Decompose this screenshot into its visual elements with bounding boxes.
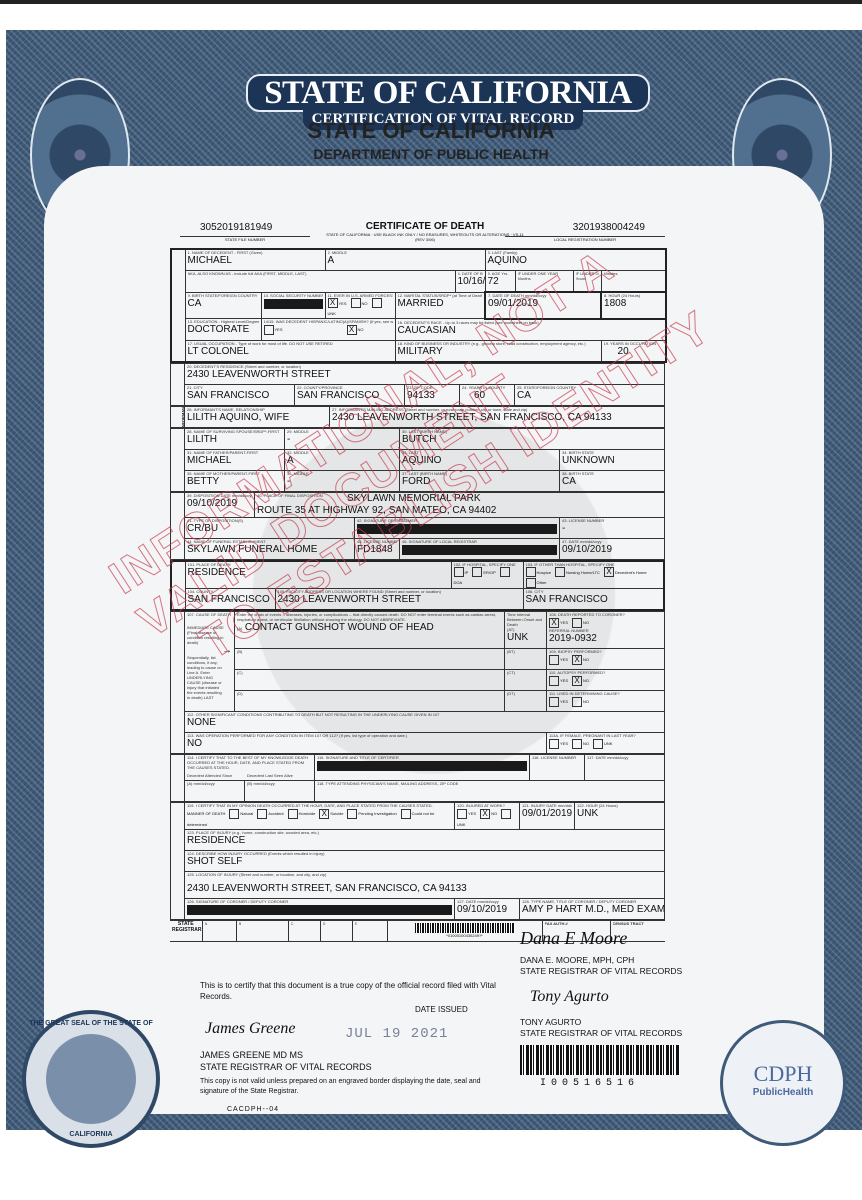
barcode-icon bbox=[415, 923, 515, 933]
field-injury-location: 125. LOCATION OF INJURY (Street and numb… bbox=[185, 871, 665, 898]
field-hispanic: 14/15. WAS DECEDENT HISPANIC/LATINO(A)/S… bbox=[261, 319, 395, 341]
form-code: CACDPH--04 bbox=[227, 1106, 279, 1113]
field-physician-certify: 114. I CERTIFY THAT TO THE BEST OF MY KN… bbox=[185, 754, 315, 780]
interval-d: (DT) bbox=[505, 690, 547, 711]
local-registration-number-label: LOCAL REGISTRATION NUMBER bbox=[505, 236, 665, 242]
field-minutes: Minutes bbox=[601, 271, 666, 293]
section-physician: PHYSICIAN'S CERTIFICATION bbox=[171, 754, 185, 801]
field-autopsy: 110. AUTOPSY PERFORMED?YESXNO bbox=[547, 669, 665, 690]
checkbox-no-checked[interactable]: X bbox=[572, 655, 582, 665]
redaction-bar bbox=[187, 905, 452, 915]
field-physician-license: 116. LICENSE NUMBER bbox=[530, 754, 585, 780]
banner-title: STATE OF CALIFORNIA bbox=[246, 74, 650, 112]
field-injured-at-work: 120. INJURED AT WORK?YESXNOUNK bbox=[455, 802, 520, 829]
field-funeral-home: 44. NAME OF FUNERAL ESTABLISHMENTSKYLAWN… bbox=[185, 538, 355, 559]
redaction-bar bbox=[264, 299, 323, 309]
certification-statement: This is to certify that this document is… bbox=[200, 980, 500, 1002]
serial-number: I00516516 bbox=[540, 1078, 639, 1089]
field-physician-name: 118. TYPE ATTENDING PHYSICIAN'S NAME, MA… bbox=[315, 780, 665, 801]
field-zip: 23. ZIP CODE94133 bbox=[405, 384, 460, 405]
field-coroner-signature: 126. SIGNATURE OF CORONER / DEPUTY CORON… bbox=[185, 898, 455, 919]
signature-moore: Dana E Moore bbox=[520, 928, 627, 949]
field-middle: 2. MIDDLEA bbox=[325, 249, 485, 271]
serial-barcode-icon bbox=[520, 1045, 680, 1075]
state-registrar-label: STATE REGISTRAR bbox=[170, 920, 202, 941]
checkbox-yes-checked[interactable]: X bbox=[549, 618, 559, 628]
field-biopsy: 109. BIOPSY PERFORMED?YESXNO bbox=[547, 648, 665, 669]
checkbox-undetermined[interactable] bbox=[401, 809, 411, 819]
registrar-col-c: C bbox=[288, 920, 320, 941]
field-armed-forces: 11. EVER IN U.S. ARMED FORCES?XYESNOUNK bbox=[325, 292, 395, 319]
section-cause-of-death: CAUSE OF DEATH bbox=[171, 611, 185, 753]
checkbox-yes[interactable] bbox=[457, 809, 467, 819]
interval-b: (BT) bbox=[505, 648, 547, 669]
signature-greene: James Greene bbox=[205, 1020, 295, 1038]
field-used-in-cause: 111. USED IN DETERMINING CAUSE?YESNO bbox=[547, 690, 665, 711]
checkbox-no-checked[interactable]: X bbox=[572, 676, 582, 686]
field-first-name: 1. NAME OF DECEDENT - FIRST (Given)MICHA… bbox=[185, 249, 325, 271]
field-place-of-death: 101. PLACE OF DEATHRESIDENCE bbox=[185, 561, 451, 589]
checkbox-no[interactable] bbox=[351, 298, 361, 308]
checkbox-pending[interactable] bbox=[347, 809, 357, 819]
checkbox-other[interactable] bbox=[526, 578, 536, 588]
registrar-col-b: B bbox=[236, 920, 288, 941]
validity-disclaimer: This copy is not valid unless prepared o… bbox=[200, 1077, 500, 1097]
field-state-country: 25. STATE/FOREIGN COUNTRYCA bbox=[515, 384, 665, 405]
section-informant: INFORMANT bbox=[171, 406, 185, 427]
field-local-registrar: 46. SIGNATURE OF LOCAL REGISTRAR bbox=[400, 538, 560, 559]
field-injury-hour: 122. HOUR (24 Hours)UNK bbox=[575, 802, 665, 829]
checkbox-no[interactable] bbox=[572, 739, 582, 749]
state-file-number-label: STATE FILE NUMBER bbox=[180, 236, 310, 242]
field-disposition-place: 40. PLACE OF FINAL DISPOSITIONSKYLAWN ME… bbox=[255, 492, 665, 517]
checkbox-yes[interactable] bbox=[549, 676, 559, 686]
redaction-bar bbox=[402, 545, 557, 555]
field-coroner-name: 128. TYPE NAME, TITLE OF CORONER / DEPUT… bbox=[520, 898, 665, 919]
field-years-occupation: 19. YEARS IN OCCUPATION20 bbox=[601, 340, 666, 362]
checkbox-no[interactable] bbox=[572, 697, 582, 707]
field-funeral-license: 45. LICENSE NUMBERFD1848 bbox=[355, 538, 400, 559]
field-father-last: 33. LASTAQUINO bbox=[400, 449, 560, 470]
field-informant-address: 27. INFORMANT'S MAILING ADDRESS (Street … bbox=[330, 406, 665, 427]
seal-minerva-icon bbox=[46, 1034, 136, 1124]
place-of-death-table: PLACE OF DEATH 101. PLACE OF DEATHRESIDE… bbox=[170, 560, 665, 611]
field-injury-date: 121. INJURY DATE mm/dd/ccyy09/01/2019 bbox=[520, 802, 575, 829]
checkbox-suicide-checked[interactable]: X bbox=[319, 809, 329, 819]
cause-instructions-left: 107. CAUSE OF DEATHIMMEDIATE CAUSE (Fina… bbox=[185, 611, 235, 711]
checkbox-yes[interactable] bbox=[549, 697, 559, 707]
field-spouse-first: 28. NAME OF SURVIVING SPOUSE/SRDP*-FIRST… bbox=[185, 428, 285, 449]
field-under-one-year: IF UNDER ONE YEARMonths bbox=[515, 271, 573, 293]
cause-line-d: (D) bbox=[235, 690, 505, 711]
field-disposition-date: 39. DISPOSITION DATE mm/dd/ccyy09/10/201… bbox=[185, 492, 255, 517]
field-death-city: 106. CITYSAN FRANCISCO bbox=[523, 588, 664, 610]
checkbox-decedents-home-checked[interactable]: X bbox=[604, 567, 614, 577]
field-occupation: 17. USUAL OCCUPATION - Type of work for … bbox=[185, 340, 395, 362]
scan-edge bbox=[0, 0, 862, 4]
checkbox-hospice[interactable] bbox=[526, 567, 536, 577]
field-mother-birth-state: 38. BIRTH STATECA bbox=[560, 470, 665, 491]
informant-table: INFORMANT 26. INFORMANT'S NAME, RELATION… bbox=[170, 406, 665, 428]
field-education: 13. EDUCATION - Highest Level/Degree (se… bbox=[185, 319, 261, 341]
field-mother-last: 37. LAST (BIRTH NAME)FORD bbox=[400, 470, 560, 491]
section-place-of-death: PLACE OF DEATH bbox=[171, 561, 185, 610]
section-residence: USUAL RESIDENCE bbox=[171, 363, 185, 405]
state-file-number: 3052019181949 bbox=[200, 222, 272, 233]
cdph-logo-icon: CDPH PublicHealth bbox=[720, 1020, 846, 1146]
field-certifier-signature: 115. SIGNATURE AND TITLE OF CERTIFIER bbox=[315, 754, 530, 780]
checkbox-ip[interactable] bbox=[454, 567, 464, 577]
signer-agurto: TONY AGURTOSTATE REGISTRAR OF VITAL RECO… bbox=[520, 1017, 682, 1039]
field-ssn: 10. SOCIAL SECURITY NUMBER bbox=[261, 292, 325, 319]
checkbox-natural[interactable] bbox=[229, 809, 239, 819]
checkbox-yes[interactable] bbox=[549, 739, 559, 749]
field-marital-status: 12. MARITAL STATUS/SRDP* (at Time of Dea… bbox=[395, 292, 485, 319]
field-father-middle: 32. MIDDLEA bbox=[285, 449, 400, 470]
local-registration-number: 3201938004249 bbox=[573, 222, 645, 233]
field-facility-address: 105. FACILITY ADDRESS OR LOCATION WHERE … bbox=[275, 588, 523, 610]
coroner-table: CORONER'S USE ONLY 119. I CERTIFY THAT I… bbox=[170, 802, 665, 920]
field-attended-since-date: (A) mm/dd/ccyy bbox=[185, 780, 245, 801]
checkbox-unk[interactable] bbox=[372, 298, 382, 308]
field-physician-date: 117. DATE mm/dd/ccyy bbox=[585, 754, 665, 780]
registrar-col-e: E bbox=[352, 920, 387, 941]
field-dob: 4. DATE OF BIRTH mm/dd/ccyy10/16/1946 bbox=[455, 271, 485, 293]
checkbox-homicide[interactable] bbox=[288, 809, 298, 819]
checkbox-nursing-home[interactable] bbox=[555, 567, 565, 577]
section-personal: DECEDENT'S PERSONAL DATA bbox=[171, 249, 185, 362]
field-registrar-date: 47. DATE mm/dd/ccyy09/10/2019 bbox=[560, 538, 665, 559]
checkbox-doa[interactable] bbox=[500, 567, 510, 577]
field-operation: 113. WAS OPERATION PERFORMED FOR ANY CON… bbox=[185, 732, 547, 753]
field-place-of-injury: 123. PLACE OF INJURY (e.g., home, constr… bbox=[185, 829, 665, 850]
checkbox-yes[interactable] bbox=[264, 325, 274, 335]
registrar-col-d: D bbox=[320, 920, 352, 941]
residence-table: USUAL RESIDENCE 20. DECEDENT'S RESIDENCE… bbox=[170, 363, 665, 406]
field-hour: 8. HOUR (24 Hours)1808 bbox=[601, 292, 666, 319]
section-coroner: CORONER'S USE ONLY bbox=[171, 802, 185, 919]
field-death-county: 104. COUNTYSAN FRANCISCO bbox=[185, 588, 275, 610]
field-birth-state: 9. BIRTH STATE/FOREIGN COUNTRYCA bbox=[185, 292, 261, 319]
field-age: 5. AGE Yrs.72 bbox=[485, 271, 515, 293]
checkbox-no-checked[interactable]: X bbox=[480, 809, 490, 819]
field-father-first: 31. NAME OF FATHER/PARENT-FIRSTMICHAEL bbox=[185, 449, 285, 470]
physician-table: PHYSICIAN'S CERTIFICATION 114. I CERTIFY… bbox=[170, 754, 665, 802]
page-subtitle: DEPARTMENT OF PUBLIC HEALTH bbox=[0, 146, 862, 162]
checkbox-accident[interactable] bbox=[257, 809, 267, 819]
page-title: STATE OF CALIFORNIA bbox=[0, 118, 862, 144]
field-mother-middle: 36. MIDDLE- bbox=[285, 470, 400, 491]
field-father-birth-state: 34. BIRTH STATEUNKNOWN bbox=[560, 449, 665, 470]
checkbox-unk[interactable] bbox=[501, 809, 511, 819]
field-manner: 119. I CERTIFY THAT IN MY OPINION DEATH … bbox=[185, 802, 455, 829]
field-county: 22. COUNTY/PROVINCESAN FRANCISCO bbox=[295, 384, 405, 405]
checkbox-yes-checked[interactable]: X bbox=[328, 298, 338, 308]
field-reported-coroner: 108. DEATH REPORTED TO CORONER?XYESNOREF… bbox=[547, 611, 665, 648]
registrar-col-a: A bbox=[202, 920, 236, 941]
checkbox-no[interactable] bbox=[572, 618, 582, 628]
spouse-parent-table: SPOUSE/SRDP AND PARENT INFORMATION 28. N… bbox=[170, 428, 665, 492]
field-spouse-middle: 29. MIDDLE- bbox=[285, 428, 400, 449]
form-title: CERTIFICATE OF DEATHSTATE OF CALIFORNIA … bbox=[325, 221, 525, 242]
checkbox-yes[interactable] bbox=[549, 655, 559, 665]
field-informant: 26. INFORMANT'S NAME, RELATIONSHIPLILITH… bbox=[185, 406, 330, 427]
signature-agurto: Tony Agurto bbox=[530, 988, 609, 1006]
field-city: 21. CITYSAN FRANCISCO bbox=[185, 384, 295, 405]
california-seal-icon: THE GREAT SEAL OF THE STATE OF CALIFORNI… bbox=[22, 1010, 160, 1148]
section-spouse-parent: SPOUSE/SRDP AND PARENT INFORMATION bbox=[171, 428, 185, 491]
field-race: 16. DECEDENT'S RACE - Up to 3 races may … bbox=[395, 319, 666, 341]
checkbox-er-op[interactable] bbox=[472, 567, 482, 577]
interval-a: Time Interval Between Onset and Death(AT… bbox=[505, 611, 547, 648]
checkbox-unk[interactable] bbox=[593, 739, 603, 749]
field-business: 18. KIND OF BUSINESS OR INDUSTRY (e.g., … bbox=[395, 340, 601, 362]
field-years-county: 24. YEARS IN COUNTY60 bbox=[460, 384, 515, 405]
field-date-of-death: 7. DATE OF DEATH mm/dd/ccyy09/01/2019 bbox=[485, 292, 601, 319]
field-pregnant: 113A. IF FEMALE, PREGNANT IN LAST YEAR?Y… bbox=[547, 732, 665, 753]
signer-greene: JAMES GREENE MD MSSTATE REGISTRAR OF VIT… bbox=[200, 1049, 372, 1073]
field-how-injury: 124. DESCRIBE HOW INJURY OCCURRED (Event… bbox=[185, 850, 665, 871]
field-if-other: 103. IF OTHER THAN HOSPITAL, SPECIFY ONE… bbox=[523, 561, 664, 589]
field-aka: AKA, ALSO KNOWN AS - include full AKA (F… bbox=[185, 271, 455, 293]
cause-of-death-table: CAUSE OF DEATH 107. CAUSE OF DEATHIMMEDI… bbox=[170, 611, 665, 754]
form-barcode: *01000100430249?* bbox=[387, 920, 542, 941]
redaction-bar bbox=[317, 761, 527, 771]
field-last-seen-date: (B) mm/dd/ccyy bbox=[245, 780, 315, 801]
signer-moore: DANA E. MOORE, MPH, CPHSTATE REGISTRAR O… bbox=[520, 955, 682, 977]
field-residence: 20. DECEDENT'S RESIDENCE (Street and num… bbox=[185, 363, 665, 384]
field-mother-first: 35. NAME OF MOTHER/PARENT-FIRSTBETTY bbox=[185, 470, 285, 491]
funeral-table: FUNERAL DIRECTOR/ LOCAL REGISTRAR 39. DI… bbox=[170, 492, 665, 560]
section-funeral: FUNERAL DIRECTOR/ LOCAL REGISTRAR bbox=[171, 492, 185, 559]
field-last: 3. LAST (Family)AQUINO bbox=[485, 249, 666, 271]
field-other-conditions: 112. OTHER SIGNIFICANT CONDITIONS CONTRI… bbox=[185, 711, 665, 732]
date-issued-stamp: JUL 19 2021 bbox=[345, 1026, 448, 1042]
field-under-24-hours: IF UNDER 24 HOURSHours bbox=[573, 271, 601, 293]
alteration-warning: ANY ALTERATION OR ERASURE VOIDS THIS CER… bbox=[242, 1128, 592, 1140]
death-certificate-form: 3052019181949 STATE FILE NUMBER CERTIFIC… bbox=[170, 218, 665, 942]
cause-line-b: (B) bbox=[235, 648, 505, 669]
field-coroner-date: 127. DATE mm/dd/ccyy09/10/2019 bbox=[455, 898, 520, 919]
field-embalmer: 42. SIGNATURE OF EMBALMER bbox=[355, 517, 560, 538]
field-disposition-type: 41. TYPE OF DISPOSITION(S)CR/BU bbox=[185, 517, 355, 538]
field-embalmer-license: 43. LICENSE NUMBER- bbox=[560, 517, 665, 538]
checkbox-no-checked[interactable]: X bbox=[347, 325, 357, 335]
personal-data-table: DECEDENT'S PERSONAL DATA 1. NAME OF DECE… bbox=[170, 248, 667, 363]
arrow-right-icon: → bbox=[222, 645, 232, 656]
interval-c: (CT) bbox=[505, 669, 547, 690]
redaction-bar bbox=[357, 524, 557, 534]
field-spouse-last: 30. LAST (BIRTH NAME)BUTCH bbox=[400, 428, 665, 449]
cause-line-a: Enter the chain of events -- diseases, i… bbox=[235, 611, 505, 648]
date-issued-label: DATE ISSUED bbox=[415, 1005, 468, 1014]
field-if-hospital: 102. IF HOSPITAL, SPECIFY ONEIPER/OPDOA bbox=[451, 561, 523, 589]
cause-line-c: (C) bbox=[235, 669, 505, 690]
